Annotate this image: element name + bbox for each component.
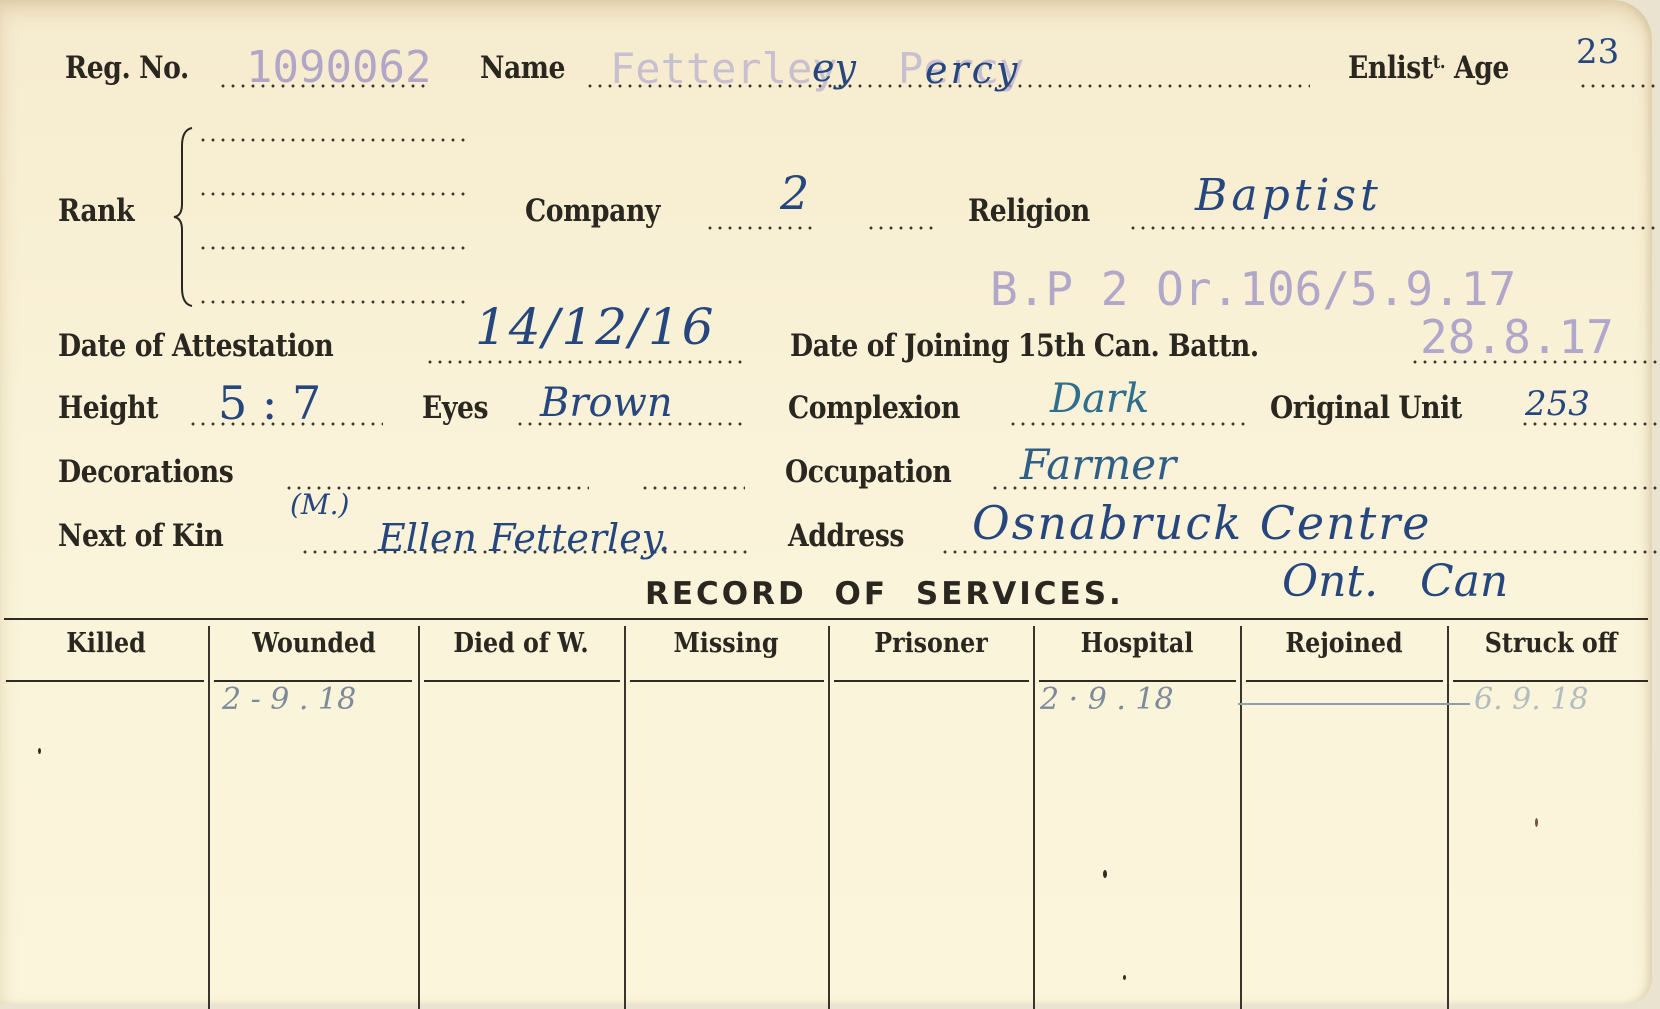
paper-speck bbox=[1123, 975, 1126, 980]
religion-label: Religion bbox=[968, 193, 1090, 229]
company-dots bbox=[705, 226, 815, 230]
paper-speck bbox=[38, 748, 41, 754]
table-top-rule bbox=[4, 618, 1648, 620]
column-header-killed: Killed bbox=[18, 628, 194, 668]
complexion-value: Dark bbox=[1050, 376, 1149, 422]
joining-value: 28.8.17 bbox=[1420, 310, 1614, 364]
entry-hospital: 2 · 9 . 18 bbox=[1040, 682, 1174, 717]
company-value: 2 bbox=[780, 166, 809, 220]
company-label: Company bbox=[525, 193, 660, 229]
eyes-value: Brown bbox=[540, 380, 673, 426]
address-line-2: Ont. Can bbox=[1282, 556, 1508, 607]
occupation-label: Occupation bbox=[785, 454, 951, 490]
next-of-kin-relation: (M.) bbox=[290, 488, 349, 521]
next-of-kin-label: Next of Kin bbox=[58, 518, 223, 554]
record-of-services-title: RECORD OF SERVICES. bbox=[645, 576, 1124, 612]
complexion-dots bbox=[1008, 422, 1248, 426]
rejoined-pencil-line bbox=[1238, 703, 1470, 705]
eyes-label: Eyes bbox=[422, 390, 488, 426]
entry-struck-off: 6. 9. 18 bbox=[1474, 682, 1589, 717]
address-label: Address bbox=[788, 518, 904, 554]
rank-brace-icon bbox=[172, 126, 194, 308]
height-value: 5 : 7 bbox=[218, 376, 321, 430]
column-header-rejoined: Rejoined bbox=[1254, 628, 1434, 668]
rank-line-4 bbox=[198, 300, 470, 304]
rank-line-3 bbox=[198, 246, 470, 250]
original-unit-value: 253 bbox=[1525, 384, 1590, 424]
joining-label: Date of Joining 15th Can. Battn. bbox=[790, 328, 1259, 364]
column-divider bbox=[1033, 626, 1035, 1009]
name-typed-surname: Fetterley bbox=[610, 44, 838, 93]
column-divider bbox=[418, 626, 420, 1009]
paper-speck bbox=[1103, 870, 1107, 878]
column-divider bbox=[828, 626, 830, 1009]
column-header-died-of-wounds: Died of W. bbox=[432, 628, 610, 668]
religion-dots bbox=[1128, 226, 1658, 230]
attestation-dots bbox=[425, 360, 745, 364]
address-dots bbox=[940, 550, 1658, 554]
complexion-label: Complexion bbox=[788, 390, 960, 426]
address-line-1: Osnabruck Centre bbox=[972, 496, 1431, 550]
bp-stamp: B.P 2 Or.106/5.9.17 bbox=[990, 262, 1516, 316]
occupation-value: Farmer bbox=[1020, 440, 1176, 489]
decorations-label: Decorations bbox=[58, 454, 233, 490]
header-underline bbox=[6, 680, 204, 682]
religion-value: Baptist bbox=[1195, 170, 1382, 221]
column-divider bbox=[1240, 626, 1242, 1009]
attestation-label: Date of Attestation bbox=[58, 328, 333, 364]
name-handwritten-given: ercy bbox=[925, 48, 1020, 92]
column-header-hospital: Hospital bbox=[1047, 628, 1227, 668]
paper-speck bbox=[1535, 818, 1538, 827]
enlist-age-value: 23 bbox=[1576, 32, 1619, 72]
header-underline bbox=[1246, 680, 1443, 682]
company-dots-2 bbox=[866, 226, 936, 230]
column-divider bbox=[208, 626, 210, 1009]
next-of-kin-value: Ellen Fetterley. bbox=[378, 516, 670, 560]
service-record-card: Reg. No. 1090062 Name Fetterley Percy ey… bbox=[0, 0, 1652, 1004]
column-divider bbox=[624, 626, 626, 1009]
header-underline bbox=[630, 680, 824, 682]
reg-no-value: 1090062 bbox=[246, 42, 431, 93]
reg-no-label: Reg. No. bbox=[65, 50, 189, 86]
header-underline bbox=[834, 680, 1029, 682]
height-label: Height bbox=[58, 390, 158, 426]
original-unit-label: Original Unit bbox=[1270, 390, 1462, 426]
rank-label: Rank bbox=[58, 193, 134, 229]
attestation-value: 14/12/16 bbox=[475, 298, 716, 356]
age-dots bbox=[1578, 84, 1658, 88]
column-divider bbox=[1447, 626, 1449, 1009]
column-header-wounded: Wounded bbox=[224, 628, 404, 668]
enlist-age-label: Enlistt. Age bbox=[1348, 50, 1509, 86]
entry-wounded: 2 - 9 . 18 bbox=[222, 682, 356, 717]
rank-line-2 bbox=[198, 192, 470, 196]
column-header-prisoner: Prisoner bbox=[842, 628, 1020, 668]
column-header-missing: Missing bbox=[638, 628, 814, 668]
column-header-struck-off: Struck off bbox=[1461, 628, 1641, 668]
name-label: Name bbox=[480, 50, 565, 86]
decorations-dots-2 bbox=[640, 486, 745, 490]
header-underline bbox=[424, 680, 620, 682]
name-handwritten-surname: ey bbox=[812, 46, 856, 90]
rank-line-1 bbox=[198, 138, 470, 142]
